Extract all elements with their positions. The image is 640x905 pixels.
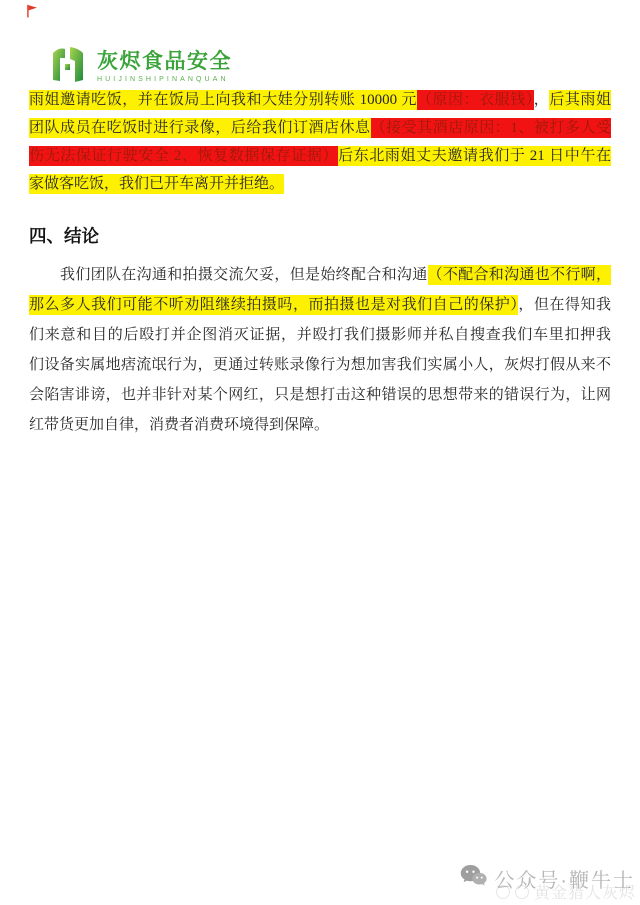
conclusion-paragraph: 我们团队在沟通和拍摄交流欠妥，但是始终配合和沟通（不配合和沟通也不行啊，那么多人… xyxy=(29,260,611,440)
highlight-yellow-segment: 团队成员在吃饭时进行录像，后给我们订酒店休息 xyxy=(29,118,371,138)
text-line: 雨姐邀请吃饭，并在饭局上向我和大娃分别转账 10000 元（原因：衣服钱），后其… xyxy=(29,86,611,114)
highlight-red-segment: （原因：衣服钱） xyxy=(417,90,534,110)
highlight-yellow-segment: 家做客吃饭，我们已开车离开并拒绝。 xyxy=(29,174,284,194)
text-segment: 们来意和目的后殴打并企图消灭证据，并殴打我们摄影师并私自搜查我们车里扣押我 xyxy=(29,325,611,345)
brand-logo-title: 灰烬食品安全 xyxy=(97,50,232,73)
red-flag-icon xyxy=(26,4,38,18)
highlight-yellow-segment: （不配合和沟通也不行啊， xyxy=(428,265,611,285)
section-heading: 四、结论 xyxy=(29,224,611,248)
brand-logo-text: 灰烬食品安全 HUIJINSHIPINANQUAN xyxy=(97,50,232,83)
highlight-yellow-segment: 雨姐邀请吃饭，并在饭局上向我和大娃分别转账 10000 元 xyxy=(29,90,417,110)
wechat-icon xyxy=(460,864,487,893)
text-segment: ， xyxy=(534,90,550,110)
text-line: 会陷害诽谤，也并非针对某个网红，只是想打击这种错误的思想带来的错误行为，让网 xyxy=(29,380,611,410)
text-segment: 红带货更加自律，消费者消费环境得到保障。 xyxy=(29,415,329,435)
text-line: 那么多人我们可能不听劝阻继续拍摄吗，而拍摄也是对我们自己的保护），但在得知我 xyxy=(29,290,611,320)
text-line: 家做客吃饭，我们已开车离开并拒绝。 xyxy=(29,170,611,198)
text-segment: 我们团队在沟通和拍摄交流欠妥，但是始终配合和沟通 xyxy=(60,265,428,285)
watermark: 公众号·鞭牛士 xyxy=(460,864,635,893)
incident-paragraph: 雨姐邀请吃饭，并在饭局上向我和大娃分别转账 10000 元（原因：衣服钱），后其… xyxy=(29,86,611,198)
text-segment: 们设备实属地痞流氓行为，更通过转账录像行为想加害我们实属小人，灰烬打假从来不 xyxy=(29,355,611,375)
text-line: 们设备实属地痞流氓行为，更通过转账录像行为想加害我们实属小人，灰烬打假从来不 xyxy=(29,350,611,380)
document-page: 灰烬食品安全 HUIJINSHIPINANQUAN 雨姐邀请吃饭，并在饭局上向我… xyxy=(0,0,640,905)
text-line: 我们团队在沟通和拍摄交流欠妥，但是始终配合和沟通（不配合和沟通也不行啊， xyxy=(29,260,611,290)
brand-logo-subtitle: HUIJINSHIPINANQUAN xyxy=(97,76,232,83)
highlight-red-segment: （接受其酒店原因：1、被打多人受 xyxy=(371,118,611,138)
document-body: 雨姐邀请吃饭，并在饭局上向我和大娃分别转账 10000 元（原因：衣服钱），后其… xyxy=(29,86,611,440)
text-line: 们来意和目的后殴打并企图消灭证据，并殴打我们摄影师并私自搜查我们车里扣押我 xyxy=(29,320,611,350)
highlight-yellow-segment: 那么多人我们可能不听劝阻继续拍摄吗，而拍摄也是对我们自己的保护） xyxy=(29,295,518,315)
highlight-yellow-segment: 后东北雨姐丈夫邀请我们于 21 日中午在 xyxy=(338,146,611,166)
watermark-label: 公众号·鞭牛士 xyxy=(494,864,635,893)
highlight-red-segment: 伤无法保证行驶安全 2、恢复数据保存证据） xyxy=(29,146,338,166)
text-segment: ，但在得知我 xyxy=(518,295,611,315)
text-line: 红带货更加自律，消费者消费环境得到保障。 xyxy=(29,410,611,440)
highlight-yellow-segment: 后其雨姐 xyxy=(549,90,611,110)
brand-logo: 灰烬食品安全 HUIJINSHIPINANQUAN xyxy=(48,44,232,89)
brand-logo-icon xyxy=(48,44,88,89)
text-segment: 会陷害诽谤，也并非针对某个网红，只是想打击这种错误的思想带来的错误行为，让网 xyxy=(29,385,611,405)
text-line: 伤无法保证行驶安全 2、恢复数据保存证据）后东北雨姐丈夫邀请我们于 21 日中午… xyxy=(29,142,611,170)
text-line: 团队成员在吃饭时进行录像，后给我们订酒店休息（接受其酒店原因：1、被打多人受 xyxy=(29,114,611,142)
